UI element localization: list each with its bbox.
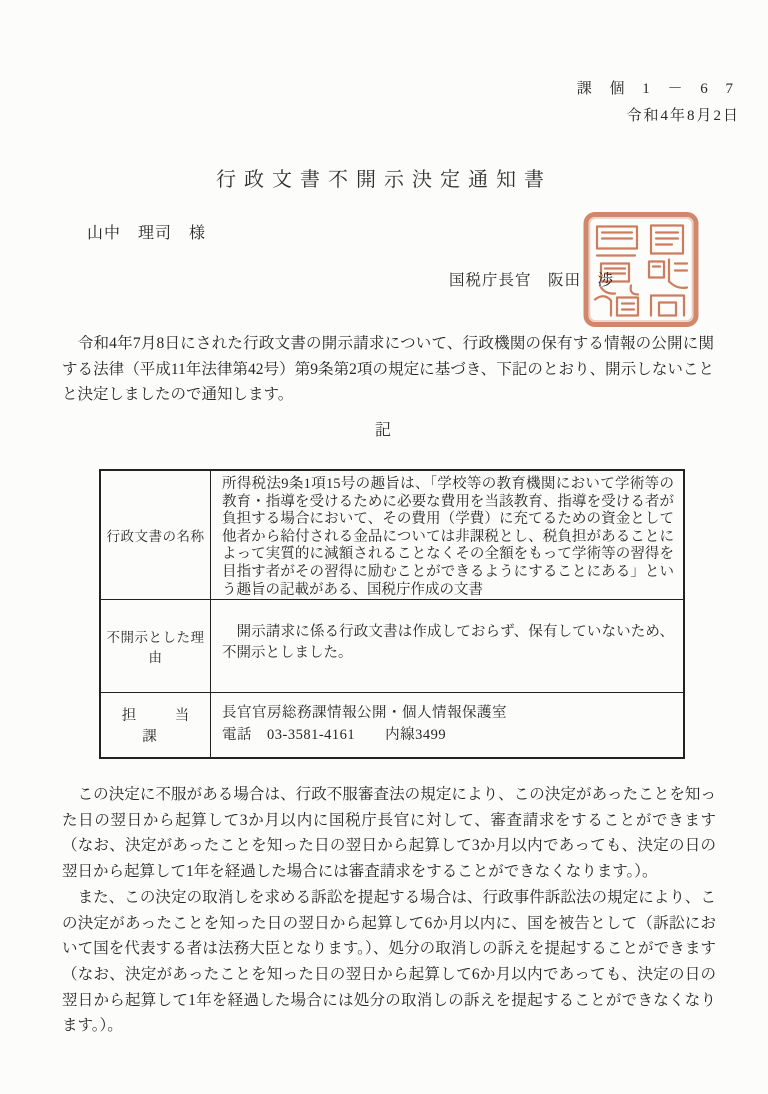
row-label-department: 担 当 課 [101, 693, 211, 757]
appeal-rights-paragraph: この決定に不服がある場合は、行政不服審査法の規定により、この決定があったことを知… [62, 782, 716, 885]
table-row-reason: 不開示とした理由 開示請求に係る行政文書は作成しておらず、保有していないため、不… [101, 599, 683, 692]
scanned-document-page: 課 個 1 － 6 7 令和4年8月2日 行政文書不開示決定通知書 山中 理司 … [0, 0, 768, 1094]
row-label-document-name: 行政文書の名称 [101, 471, 211, 599]
closing-paragraphs: この決定に不服がある場合は、行政不服審査法の規定により、この決定があったことを知… [62, 782, 716, 1039]
intro-paragraph: 令和4年7月8日にされた行政文書の開示請求について、行政機関の保有する情報の公開… [62, 331, 714, 408]
section-marker-ki: 記 [0, 417, 768, 440]
table-row-document-name: 行政文書の名称 所得税法9条1項15号の趣旨は、「学校等の教育機関において学術等… [101, 471, 683, 599]
addressee-name: 山中 理司 様 [87, 220, 206, 243]
document-number: 課 個 1 － 6 7 [577, 76, 740, 103]
row-content-document-name: 所得税法9条1項15号の趣旨は、「学校等の教育機関において学術等の教育・指導を受… [211, 471, 683, 599]
row-content-department: 長官官房総務課情報公開・個人情報保護室 電話 03-3581-4161 内線34… [211, 693, 683, 757]
table-row-department: 担 当 課 長官官房総務課情報公開・個人情報保護室 電話 03-3581-416… [101, 692, 683, 757]
details-table: 行政文書の名称 所得税法9条1項15号の趣旨は、「学校等の教育機関において学術等… [99, 469, 685, 759]
row-content-reason: 開示請求に係る行政文書は作成しておらず、保有していないため、不開示としました。 [211, 600, 683, 692]
sender-signature: 国税庁長官 阪田 渉 [449, 268, 614, 290]
lawsuit-rights-paragraph: また、この決定の取消しを求める訴訟を提起する場合は、行政事件訴訟法の規定により、… [62, 885, 716, 1039]
issue-date: 令和4年8月2日 [577, 103, 740, 130]
row-label-reason: 不開示とした理由 [101, 600, 211, 692]
document-meta: 課 個 1 － 6 7 令和4年8月2日 [577, 76, 740, 130]
page-title: 行政文書不開示決定通知書 [0, 163, 768, 192]
